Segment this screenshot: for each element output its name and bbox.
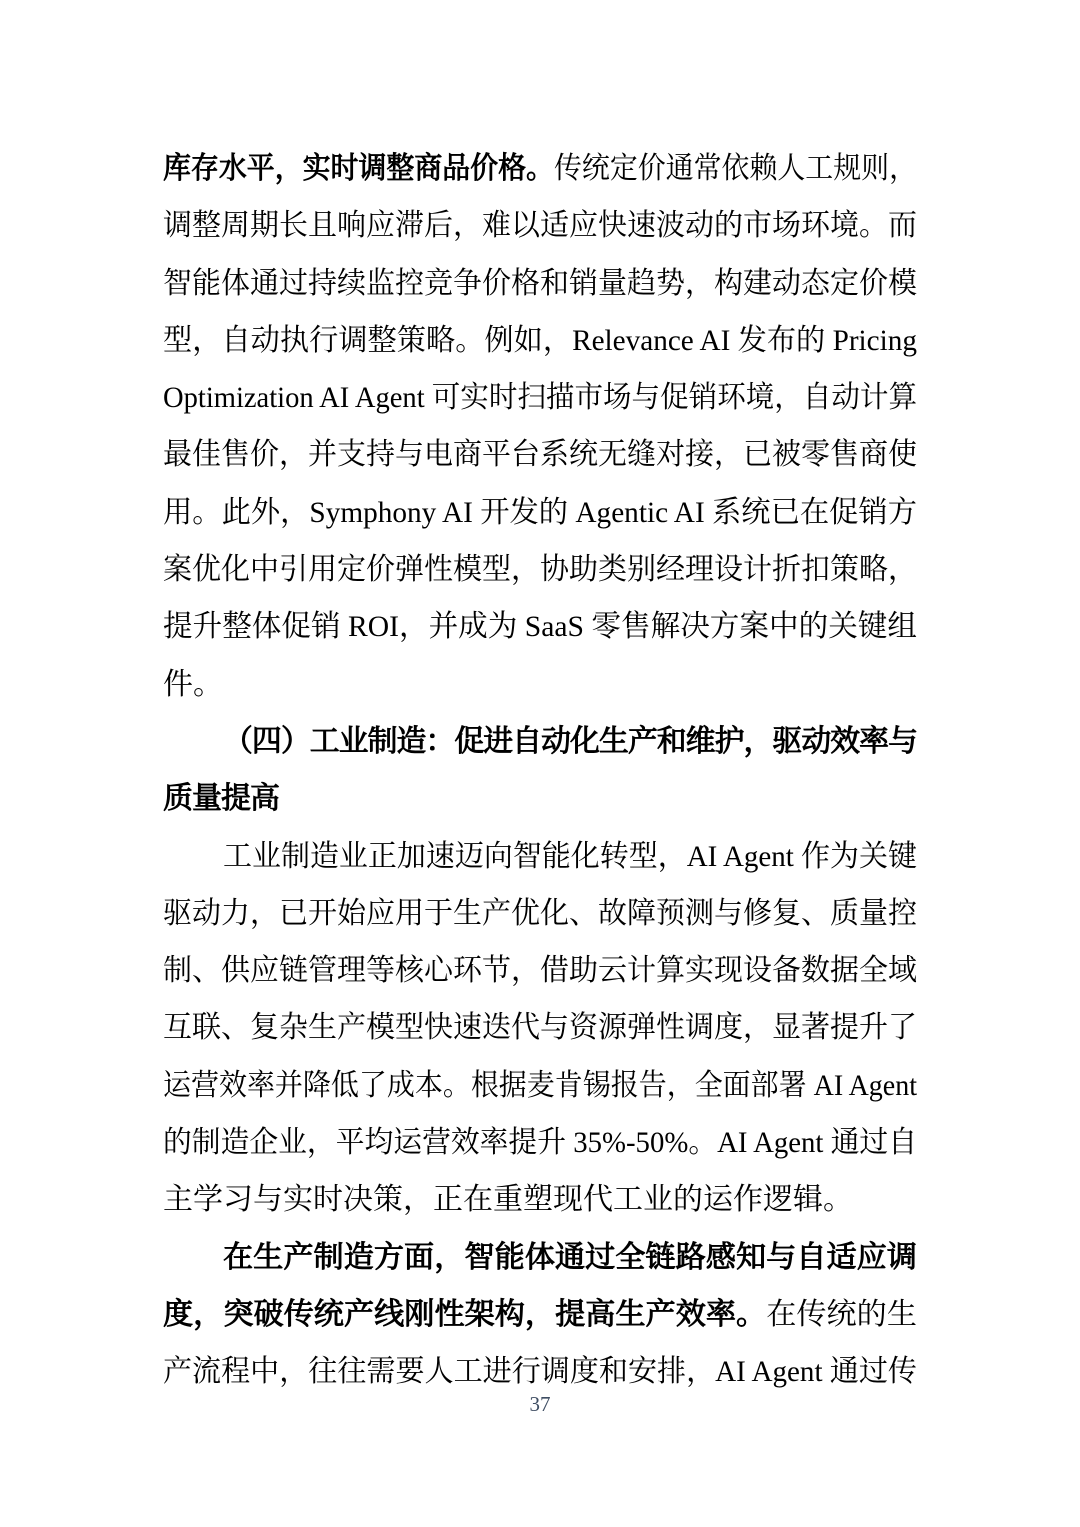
text-segment: 产流程中，往往需要人工进行调度和安排，AI Agent 通过传 xyxy=(163,1355,917,1388)
text-line: 互联、复杂生产模型快速迭代与资源弹性调度，显著提升了 xyxy=(163,999,917,1056)
text-segment: 在传统的生 xyxy=(766,1298,917,1331)
text-line: 库存水平，实时调整商品价格。传统定价通常依赖人工规则， xyxy=(163,140,917,197)
line-inner: 用。此外，Symphony AI 开发的 Agentic AI 系统已在促销方 xyxy=(163,484,917,541)
text-line: 智能体通过持续监控竞争价格和销量趋势，构建动态定价模 xyxy=(163,255,917,312)
line-inner: （四）工业制造：促进自动化生产和维护，驱动效率与 xyxy=(223,713,917,770)
text-segment: 传统定价通常依赖人工规则， xyxy=(554,152,917,185)
line-inner: 库存水平，实时调整商品价格。传统定价通常依赖人工规则， xyxy=(163,140,917,197)
line-inner: 运营效率并降低了成本。根据麦肯锡报告，全面部署 AI Agent xyxy=(163,1057,917,1114)
line-inner: 最佳售价，并支持与电商平台系统无缝对接，已被零售商使 xyxy=(163,426,917,483)
page-body-text: 库存水平，实时调整商品价格。传统定价通常依赖人工规则，调整周期长且响应滞后，难以… xyxy=(163,140,917,1401)
text-line: 型，自动执行调整策略。例如，Relevance AI 发布的 Pricing xyxy=(163,312,917,369)
text-segment: 最佳售价，并支持与电商平台系统无缝对接，已被零售商使 xyxy=(163,438,917,471)
text-segment: 件。 xyxy=(163,668,223,701)
line-inner: 驱动力，已开始应用于生产优化、故障预测与修复、质量控 xyxy=(163,885,917,942)
line-inner: 的制造企业，平均运营效率提升 35%-50%。AI Agent 通过自 xyxy=(163,1114,917,1171)
line-inner: 案优化中引用定价弹性模型，协助类别经理设计折扣策略， xyxy=(163,541,917,598)
line-inner: 互联、复杂生产模型快速迭代与资源弹性调度，显著提升了 xyxy=(163,999,917,1056)
text-line: 制、供应链管理等核心环节，借助云计算实现设备数据全域 xyxy=(163,942,917,999)
text-line: 驱动力，已开始应用于生产优化、故障预测与修复、质量控 xyxy=(163,885,917,942)
line-inner: 主学习与实时决策，正在重塑现代工业的运作逻辑。 xyxy=(163,1171,853,1228)
text-line: 案优化中引用定价弹性模型，协助类别经理设计折扣策略， xyxy=(163,541,917,598)
line-inner: 提升整体促销 ROI，并成为 SaaS 零售解决方案中的关键组 xyxy=(163,598,917,655)
text-segment: 型，自动执行调整策略。例如，Relevance AI 发布的 Pricing xyxy=(163,324,917,357)
heading-line: （四）工业制造：促进自动化生产和维护，驱动效率与 xyxy=(163,713,917,770)
text-line: 度，突破传统产线刚性架构，提高生产效率。在传统的生 xyxy=(163,1286,917,1343)
text-segment: 度，突破传统产线刚性架构，提高生产效率。 xyxy=(163,1298,766,1331)
text-line: 工业制造业正加速迈向智能化转型，AI Agent 作为关键 xyxy=(163,828,917,885)
text-segment: （四）工业制造：促进自动化生产和维护，驱动效率与 xyxy=(223,725,917,758)
text-segment: 的制造企业，平均运营效率提升 35%-50%。AI Agent 通过自 xyxy=(163,1126,917,1159)
line-inner: 调整周期长且响应滞后，难以适应快速波动的市场环境。而 xyxy=(163,197,917,254)
text-line: 提升整体促销 ROI，并成为 SaaS 零售解决方案中的关键组 xyxy=(163,598,917,655)
text-line: Optimization AI Agent 可实时扫描市场与促销环境，自动计算 xyxy=(163,369,917,426)
line-inner: 工业制造业正加速迈向智能化转型，AI Agent 作为关键 xyxy=(223,828,917,885)
text-segment: Optimization AI Agent 可实时扫描市场与促销环境，自动计算 xyxy=(163,381,917,414)
page-number: 37 xyxy=(0,1392,1080,1416)
line-inner: 件。 xyxy=(163,656,223,713)
text-segment: 运营效率并降低了成本。根据麦肯锡报告，全面部署 AI Agent xyxy=(163,1069,917,1102)
text-segment: 制、供应链管理等核心环节，借助云计算实现设备数据全域 xyxy=(163,954,917,987)
text-segment: 质量提高 xyxy=(163,782,279,815)
text-segment: 案优化中引用定价弹性模型，协助类别经理设计折扣策略， xyxy=(163,553,917,586)
text-line: 主学习与实时决策，正在重塑现代工业的运作逻辑。 xyxy=(163,1171,917,1228)
text-segment: 主学习与实时决策，正在重塑现代工业的运作逻辑。 xyxy=(163,1183,853,1216)
heading-line: 质量提高 xyxy=(163,770,917,827)
text-line: 调整周期长且响应滞后，难以适应快速波动的市场环境。而 xyxy=(163,197,917,254)
line-inner: Optimization AI Agent 可实时扫描市场与促销环境，自动计算 xyxy=(163,369,917,426)
line-inner: 质量提高 xyxy=(163,770,279,827)
text-segment: 智能体通过持续监控竞争价格和销量趋势，构建动态定价模 xyxy=(163,267,917,300)
line-inner: 在生产制造方面，智能体通过全链路感知与自适应调 xyxy=(223,1229,917,1286)
text-segment: 提升整体促销 ROI，并成为 SaaS 零售解决方案中的关键组 xyxy=(163,610,917,643)
text-segment: 在生产制造方面，智能体通过全链路感知与自适应调 xyxy=(223,1241,917,1274)
document-page: 库存水平，实时调整商品价格。传统定价通常依赖人工规则，调整周期长且响应滞后，难以… xyxy=(0,0,1080,1527)
line-inner: 制、供应链管理等核心环节，借助云计算实现设备数据全域 xyxy=(163,942,917,999)
text-line: 在生产制造方面，智能体通过全链路感知与自适应调 xyxy=(163,1229,917,1286)
text-segment: 用。此外，Symphony AI 开发的 Agentic AI 系统已在促销方 xyxy=(163,496,917,529)
text-line: 最佳售价，并支持与电商平台系统无缝对接，已被零售商使 xyxy=(163,426,917,483)
text-segment: 互联、复杂生产模型快速迭代与资源弹性调度，显著提升了 xyxy=(163,1011,917,1044)
text-segment: 工业制造业正加速迈向智能化转型，AI Agent 作为关键 xyxy=(223,840,917,873)
text-line: 运营效率并降低了成本。根据麦肯锡报告，全面部署 AI Agent xyxy=(163,1057,917,1114)
text-segment: 驱动力，已开始应用于生产优化、故障预测与修复、质量控 xyxy=(163,897,917,930)
line-inner: 智能体通过持续监控竞争价格和销量趋势，构建动态定价模 xyxy=(163,255,917,312)
text-line: 的制造企业，平均运营效率提升 35%-50%。AI Agent 通过自 xyxy=(163,1114,917,1171)
line-inner: 度，突破传统产线刚性架构，提高生产效率。在传统的生 xyxy=(163,1286,917,1343)
text-segment: 调整周期长且响应滞后，难以适应快速波动的市场环境。而 xyxy=(163,209,917,242)
text-segment: 库存水平，实时调整商品价格。 xyxy=(163,152,554,185)
text-line: 用。此外，Symphony AI 开发的 Agentic AI 系统已在促销方 xyxy=(163,484,917,541)
line-inner: 型，自动执行调整策略。例如，Relevance AI 发布的 Pricing xyxy=(163,312,917,369)
text-line: 件。 xyxy=(163,656,917,713)
